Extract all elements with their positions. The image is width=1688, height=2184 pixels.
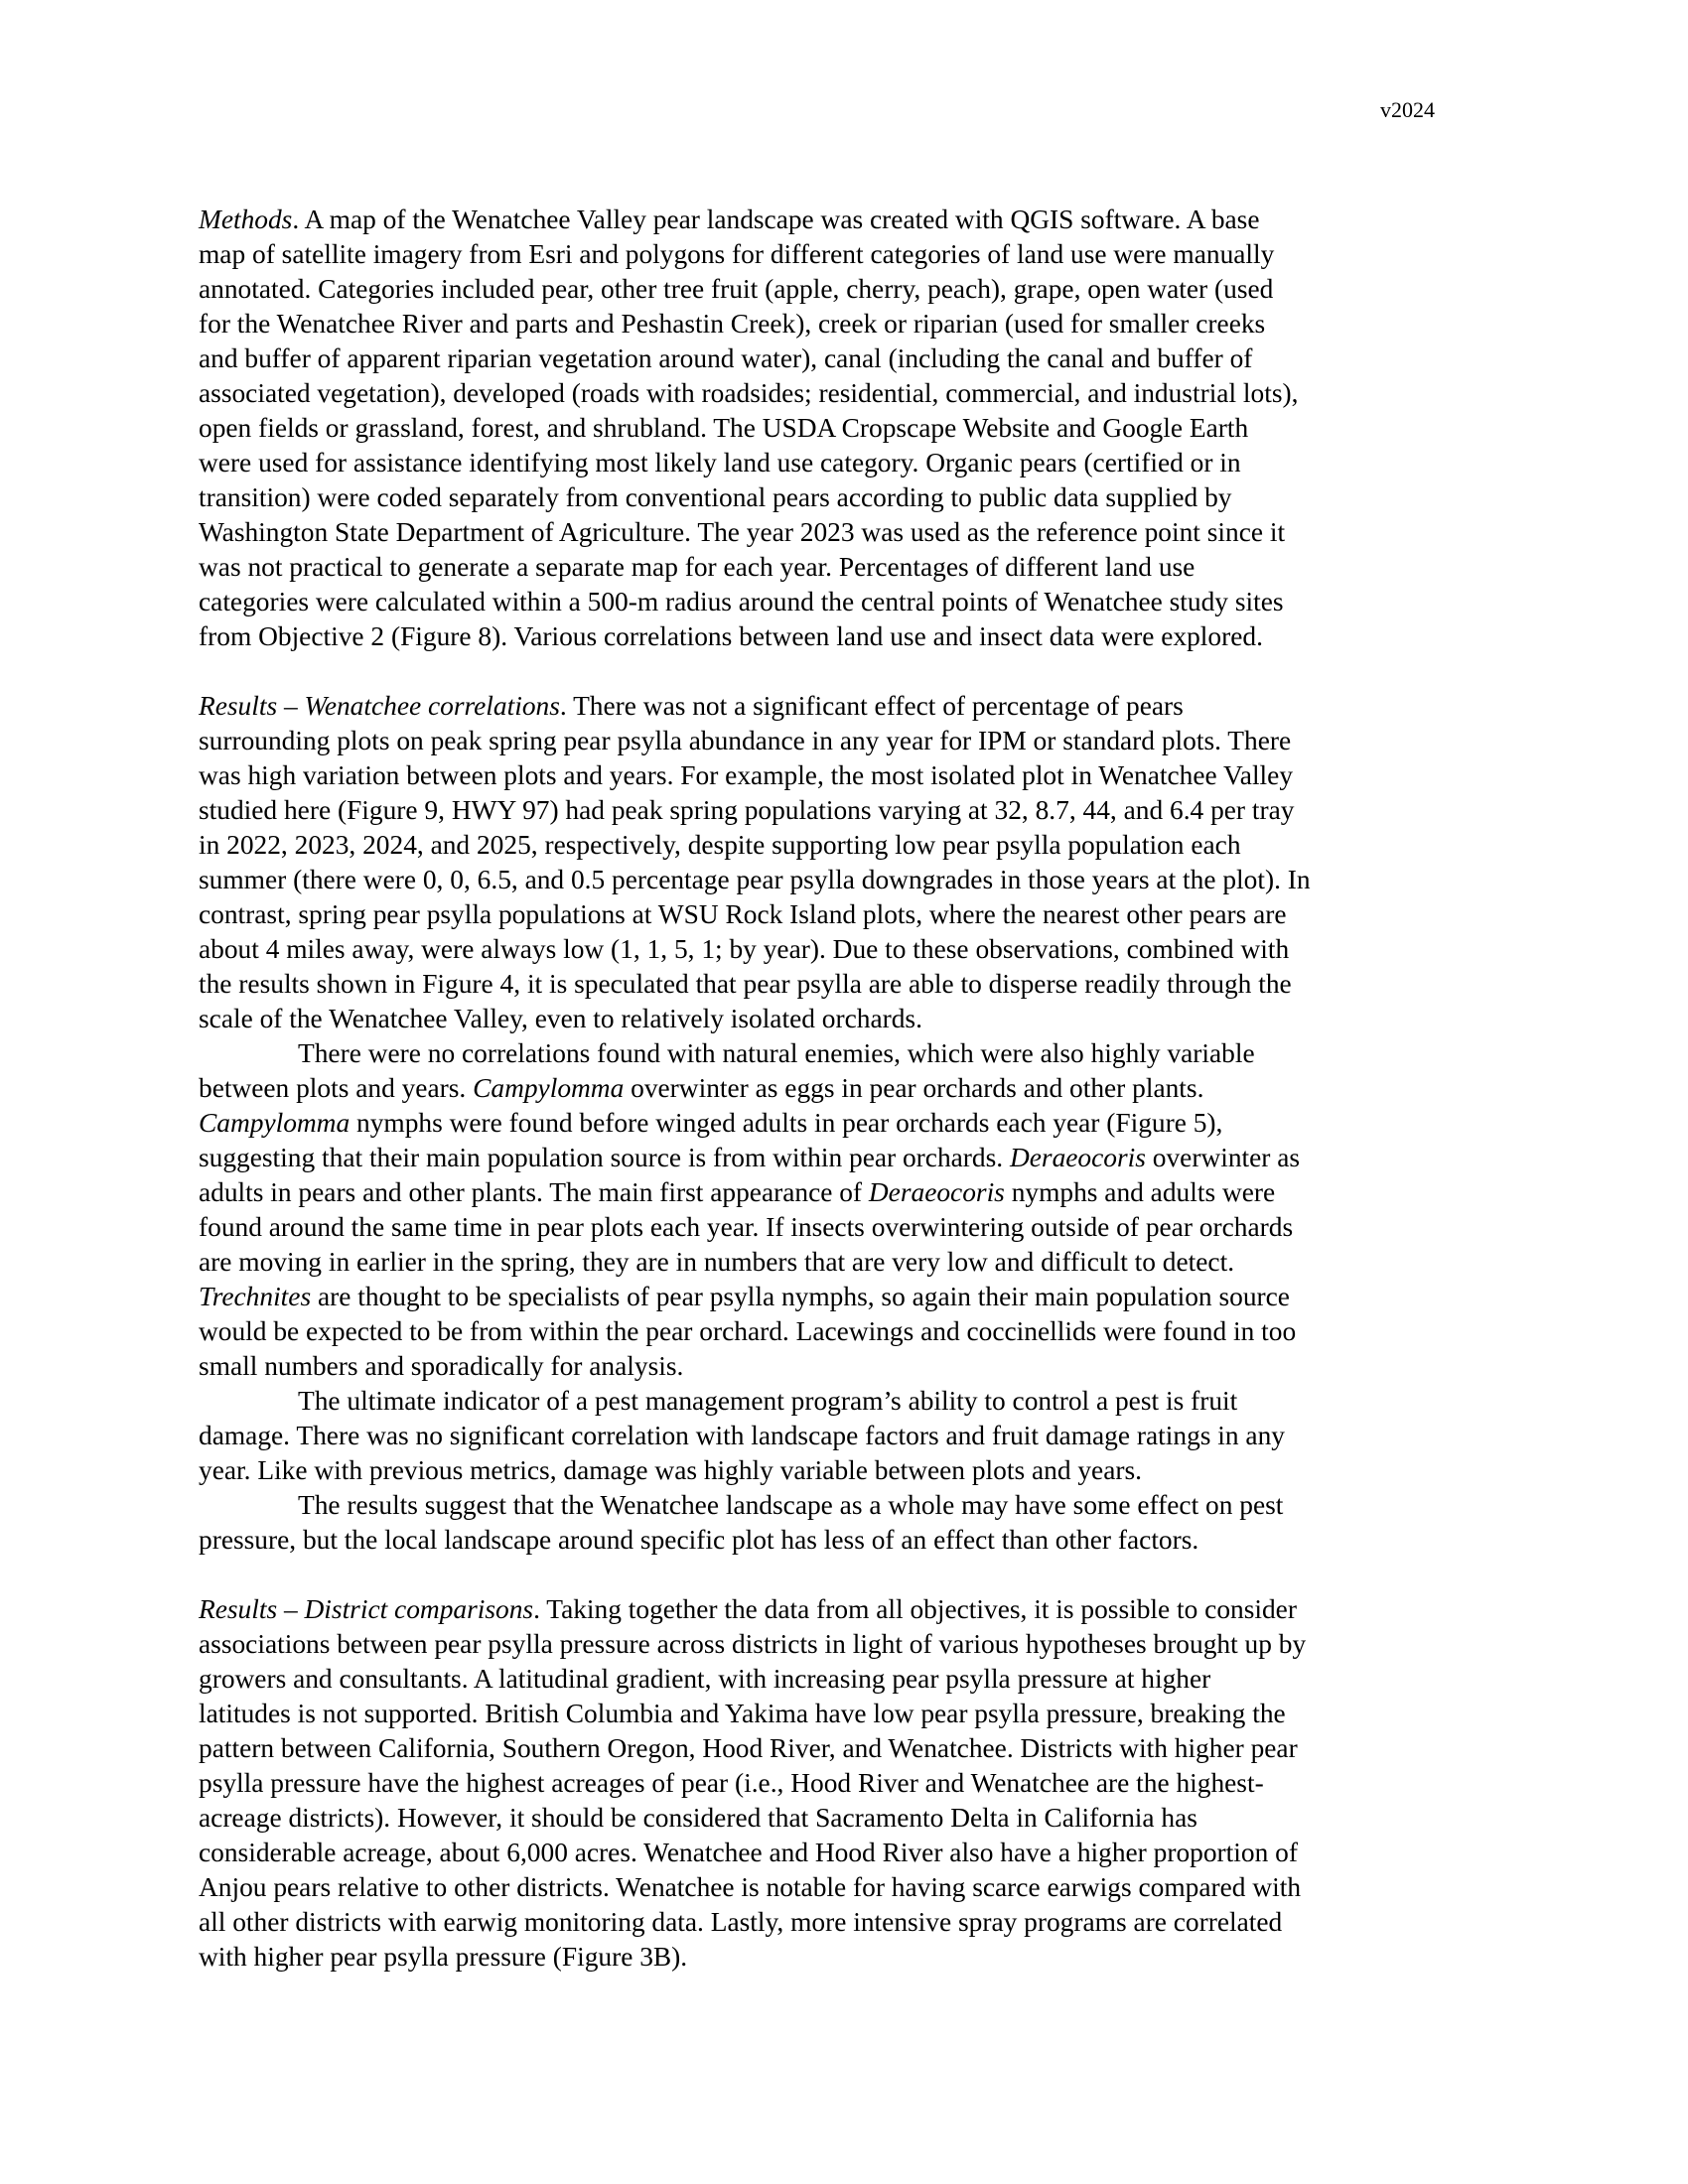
results-district-section: Results – District comparisons. Taking t… xyxy=(199,1592,1489,1975)
species-name-campylomma: Campylomma xyxy=(199,1108,350,1138)
methods-line: were used for assistance identifying mos… xyxy=(199,446,1489,480)
methods-line: map of satellite imagery from Esri and p… xyxy=(199,237,1489,272)
methods-line: open fields or grassland, forest, and sh… xyxy=(199,411,1489,446)
results-district-line: psylla pressure have the highest acreage… xyxy=(199,1766,1489,1801)
methods-line: categories were calculated within a 500-… xyxy=(199,585,1489,619)
results-wenatchee-line: are moving in earlier in the spring, the… xyxy=(199,1245,1489,1280)
results-wenatchee-line: would be expected to be from within the … xyxy=(199,1314,1489,1349)
results-wenatchee-line: year. Like with previous metrics, damage… xyxy=(199,1453,1489,1488)
results-wenatchee-line: Trechnites are thought to be specialists… xyxy=(199,1280,1489,1314)
results-wenatchee-line: between plots and years. Campylomma over… xyxy=(199,1071,1489,1106)
results-district-line: latitudes is not supported. British Colu… xyxy=(199,1697,1489,1731)
results-district-line: considerable acreage, about 6,000 acres.… xyxy=(199,1836,1489,1870)
results-wenatchee-line: studied here (Figure 9, HWY 97) had peak… xyxy=(199,793,1489,828)
results-wenatchee-line: surrounding plots on peak spring pear ps… xyxy=(199,724,1489,758)
natural-enemies-paragraph-start: There were no correlations found with na… xyxy=(199,1036,1489,1071)
methods-line: Methods. A map of the Wenatchee Valley p… xyxy=(199,203,1489,237)
species-name-trechnites: Trechnites xyxy=(199,1282,311,1311)
methods-section: Methods. A map of the Wenatchee Valley p… xyxy=(199,203,1489,654)
results-district-line: Anjou pears relative to other districts.… xyxy=(199,1870,1489,1905)
species-name-deraeocoris: Deraeocoris xyxy=(1010,1143,1146,1172)
document-body: Methods. A map of the Wenatchee Valley p… xyxy=(199,203,1489,1975)
results-district-line: all other districts with earwig monitori… xyxy=(199,1905,1489,1940)
results-wenatchee-line: summer (there were 0, 0, 6.5, and 0.5 pe… xyxy=(199,863,1489,897)
results-wenatchee-line: about 4 miles away, were always low (1, … xyxy=(199,932,1489,967)
methods-line: annotated. Categories included pear, oth… xyxy=(199,272,1489,307)
results-wenatchee-line: small numbers and sporadically for analy… xyxy=(199,1349,1489,1384)
species-name-campylomma: Campylomma xyxy=(473,1073,624,1103)
results-wenatchee-line: the results shown in Figure 4, it is spe… xyxy=(199,967,1489,1002)
methods-heading: Methods xyxy=(199,205,292,234)
methods-line: for the Wenatchee River and parts and Pe… xyxy=(199,307,1489,341)
results-district-line: growers and consultants. A latitudinal g… xyxy=(199,1662,1489,1697)
results-wenatchee-section: Results – Wenatchee correlations. There … xyxy=(199,689,1489,1558)
results-wenatchee-line: adults in pears and other plants. The ma… xyxy=(199,1175,1489,1210)
results-district-line: Results – District comparisons. Taking t… xyxy=(199,1592,1489,1627)
methods-line: Washington State Department of Agricultu… xyxy=(199,515,1489,550)
fruit-damage-paragraph-start: The ultimate indicator of a pest managem… xyxy=(199,1384,1489,1419)
results-wenatchee-line: pressure, but the local landscape around… xyxy=(199,1523,1489,1558)
results-wenatchee-line: suggesting that their main population so… xyxy=(199,1141,1489,1175)
methods-line: was not practical to generate a separate… xyxy=(199,550,1489,585)
results-district-line: associations between pear psylla pressur… xyxy=(199,1627,1489,1662)
page-version-label: v2024 xyxy=(1380,97,1435,123)
results-wenatchee-heading: Results – Wenatchee correlations xyxy=(199,691,560,721)
species-name-deraeocoris: Deraeocoris xyxy=(869,1177,1005,1207)
results-wenatchee-line: scale of the Wenatchee Valley, even to r… xyxy=(199,1002,1489,1036)
results-district-line: acreage districts). However, it should b… xyxy=(199,1801,1489,1836)
paragraph-gap xyxy=(199,1558,1489,1592)
methods-line: from Objective 2 (Figure 8). Various cor… xyxy=(199,619,1489,654)
methods-line: associated vegetation), developed (roads… xyxy=(199,376,1489,411)
results-wenatchee-line: contrast, spring pear psylla populations… xyxy=(199,897,1489,932)
results-district-line: with higher pear psylla pressure (Figure… xyxy=(199,1940,1489,1975)
results-district-heading: Results – District comparisons xyxy=(199,1594,533,1624)
results-district-line: pattern between California, Southern Ore… xyxy=(199,1731,1489,1766)
results-wenatchee-line: in 2022, 2023, 2024, and 2025, respectiv… xyxy=(199,828,1489,863)
conclusion-paragraph-start: The results suggest that the Wenatchee l… xyxy=(199,1488,1489,1523)
paragraph-gap xyxy=(199,654,1489,689)
results-wenatchee-line: Results – Wenatchee correlations. There … xyxy=(199,689,1489,724)
results-wenatchee-line: damage. There was no significant correla… xyxy=(199,1419,1489,1453)
methods-line: transition) were coded separately from c… xyxy=(199,480,1489,515)
results-wenatchee-line: Campylomma nymphs were found before wing… xyxy=(199,1106,1489,1141)
results-wenatchee-line: found around the same time in pear plots… xyxy=(199,1210,1489,1245)
results-wenatchee-line: was high variation between plots and yea… xyxy=(199,758,1489,793)
methods-line: and buffer of apparent riparian vegetati… xyxy=(199,341,1489,376)
